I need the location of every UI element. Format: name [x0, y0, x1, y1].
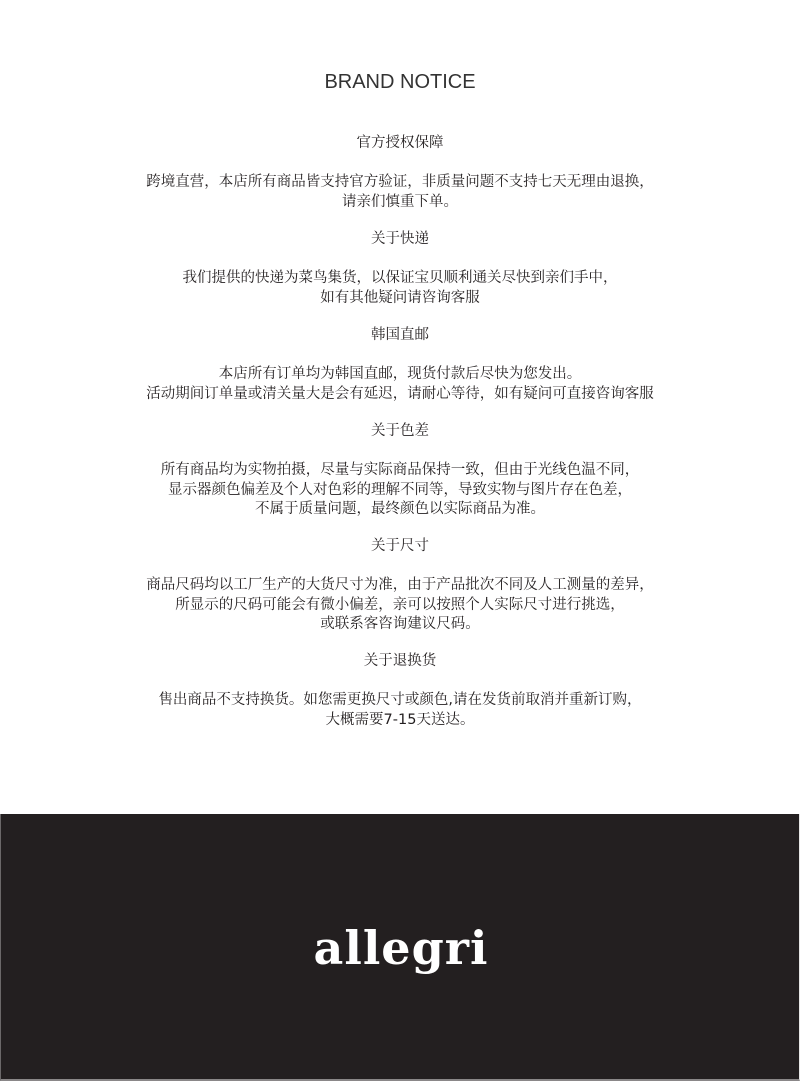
- section-sizing: 关于尺寸 商品尺码均以工厂生产的大货尺寸为准，由于产品批次不同及人工测量的差异，…: [0, 536, 800, 635]
- section-line: 如有其他疑问请咨询客服: [0, 289, 800, 309]
- notice-title: BRAND NOTICE: [0, 69, 800, 95]
- section-heading: 韩国直邮: [0, 325, 800, 345]
- section-line: 所有商品均为实物拍摄，尽量与实际商品保持一致，但由于光线色温不同，: [0, 461, 800, 481]
- brand-footer: allegri: [0, 814, 800, 1081]
- section-korea-direct-mail: 韩国直邮 本店所有订单均为韩国直邮，现货付款后尽快为您发出。 活动期间订单量或清…: [0, 325, 800, 404]
- section-heading: 关于色差: [0, 421, 800, 441]
- section-line: 或联系客咨询建议尺码。: [0, 615, 800, 635]
- section-heading: 关于快递: [0, 229, 800, 249]
- section-body: 跨境直营，本店所有商品皆支持官方验证，非质量问题不支持七天无理由退换， 请亲们慎…: [0, 173, 800, 212]
- section-color-difference: 关于色差 所有商品均为实物拍摄，尽量与实际商品保持一致，但由于光线色温不同， 显…: [0, 421, 800, 520]
- section-heading: 关于退换货: [0, 651, 800, 671]
- section-line: 显示器颜色偏差及个人对色彩的理解不同等，导致实物与图片存在色差，: [0, 481, 800, 501]
- section-line: 不属于质量问题，最终颜色以实际商品为准。: [0, 500, 800, 520]
- brand-notice-panel: BRAND NOTICE 官方授权保障 跨境直营，本店所有商品皆支持官方验证，非…: [0, 0, 800, 814]
- section-official-authorization: 官方授权保障 跨境直营，本店所有商品皆支持官方验证，非质量问题不支持七天无理由退…: [0, 133, 800, 212]
- section-line: 跨境直营，本店所有商品皆支持官方验证，非质量问题不支持七天无理由退换，: [0, 173, 800, 193]
- section-line: 所显示的尺码可能会有微小偏差，亲可以按照个人实际尺寸进行挑选，: [0, 596, 800, 616]
- section-body: 商品尺码均以工厂生产的大货尺寸为准，由于产品批次不同及人工测量的差异， 所显示的…: [0, 576, 800, 635]
- section-shipping: 关于快递 我们提供的快递为菜鸟集货，以保证宝贝顺利通关尽快到亲们手中， 如有其他…: [0, 229, 800, 308]
- section-line: 商品尺码均以工厂生产的大货尺寸为准，由于产品批次不同及人工测量的差异，: [0, 576, 800, 596]
- section-heading: 官方授权保障: [0, 133, 800, 153]
- section-body: 我们提供的快递为菜鸟集货，以保证宝贝顺利通关尽快到亲们手中， 如有其他疑问请咨询…: [0, 269, 800, 308]
- section-line: 我们提供的快递为菜鸟集货，以保证宝贝顺利通关尽快到亲们手中，: [0, 269, 800, 289]
- section-line: 大概需要7-15天送达。: [0, 711, 800, 731]
- section-returns-exchanges: 关于退换货 售出商品不支持换货。如您需更换尺寸或颜色,请在发货前取消并重新订购，…: [0, 651, 800, 730]
- section-line: 售出商品不支持换货。如您需更换尺寸或颜色,请在发货前取消并重新订购，: [0, 691, 800, 711]
- section-body: 售出商品不支持换货。如您需更换尺寸或颜色,请在发货前取消并重新订购， 大概需要7…: [0, 691, 800, 730]
- allegri-logo: allegri: [1, 920, 800, 976]
- section-line: 活动期间订单量或清关量大是会有延迟，请耐心等待，如有疑问可直接咨询客服: [0, 385, 800, 405]
- section-body: 本店所有订单均为韩国直邮，现货付款后尽快为您发出。 活动期间订单量或清关量大是会…: [0, 365, 800, 404]
- section-line: 请亲们慎重下单。: [0, 193, 800, 213]
- section-line: 本店所有订单均为韩国直邮，现货付款后尽快为您发出。: [0, 365, 800, 385]
- section-body: 所有商品均为实物拍摄，尽量与实际商品保持一致，但由于光线色温不同， 显示器颜色偏…: [0, 461, 800, 520]
- section-heading: 关于尺寸: [0, 536, 800, 556]
